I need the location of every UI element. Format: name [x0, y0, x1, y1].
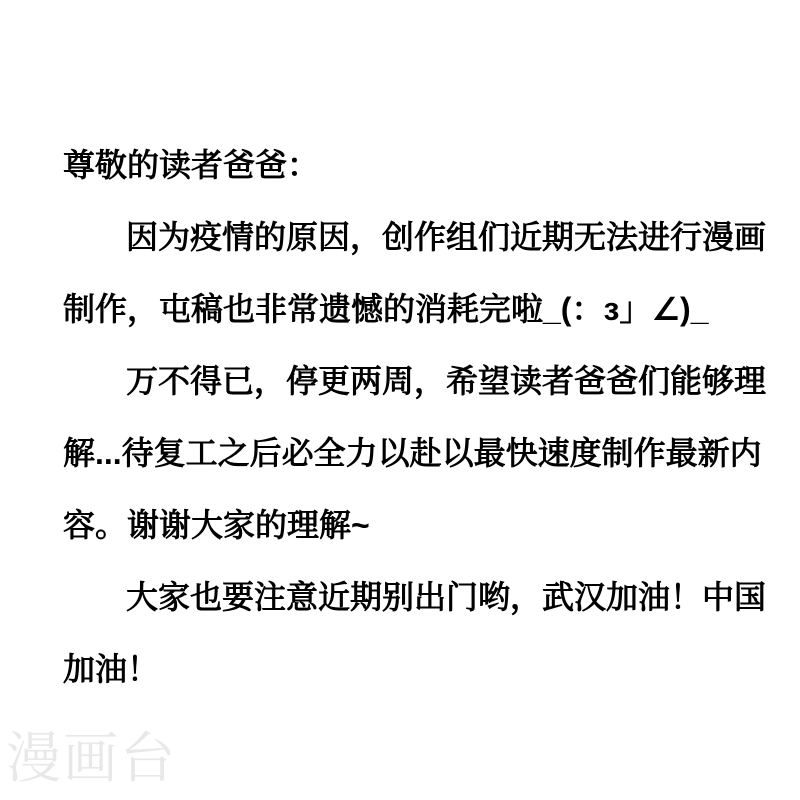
notice-line: 因为疫情的原因，创作组们近期无法进行漫画 — [63, 201, 763, 273]
manhuatai-watermark-logo: 漫画台 — [6, 727, 177, 789]
notice-text: 尊敬的读者爸爸：因为疫情的原因，创作组们近期无法进行漫画制作，屯稿也非常遗憾的消… — [63, 129, 763, 705]
notice-line: 解...待复工之后必全力以赴以最快速度制作最新内 — [63, 417, 763, 489]
notice-line: 制作，屯稿也非常遗憾的消耗完啦_(：з」∠)_ — [63, 273, 763, 345]
notice-line: 万不得已，停更两周，希望读者爸爸们能够理 — [63, 345, 763, 417]
notice-line: 尊敬的读者爸爸： — [63, 129, 763, 201]
notice-page: 尊敬的读者爸爸：因为疫情的原因，创作组们近期无法进行漫画制作，屯稿也非常遗憾的消… — [0, 0, 800, 800]
notice-line: 加油！ — [63, 633, 763, 705]
notice-line: 容。谢谢大家的理解~ — [63, 489, 763, 561]
notice-line: 大家也要注意近期别出门哟，武汉加油！中国 — [63, 561, 763, 633]
